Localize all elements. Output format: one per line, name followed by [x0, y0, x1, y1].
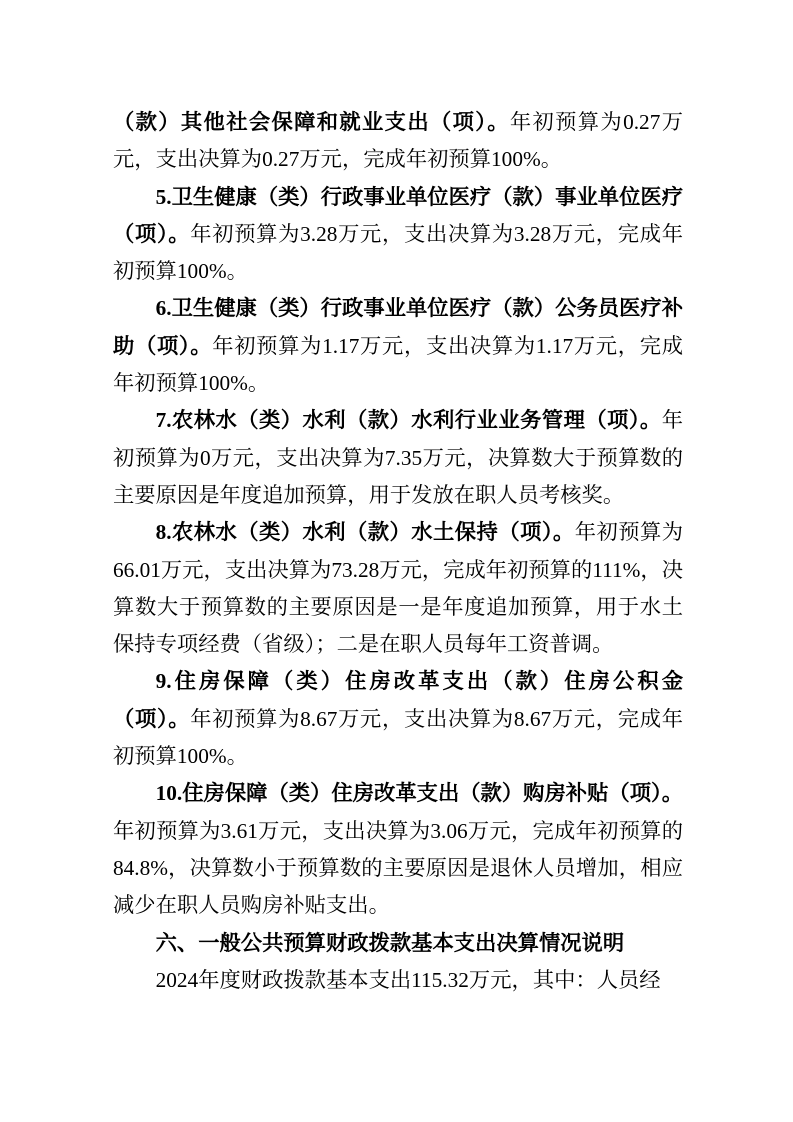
paragraph-text: 2024年度财政拨款基本支出115.32万元，其中：人员经 — [156, 968, 661, 992]
paragraph-text: 年初预算为3.61万元，支出决算为3.06万元，完成年初预算的84.8%，决算数… — [113, 819, 683, 918]
paragraph-item-10: 10.住房保障（类）住房改革支出（款）购房补贴（项）。年初预算为3.61万元，支… — [113, 775, 683, 924]
paragraph-text: 年初预算为8.67万元，支出决算为8.67万元，完成年初预算100%。 — [113, 707, 683, 768]
document-page: （款）其他社会保障和就业支出（项）。年初预算为0.27万元，支出决算为0.27万… — [0, 0, 793, 1122]
paragraph-item-4-continuation: （款）其他社会保障和就业支出（项）。年初预算为0.27万元，支出决算为0.27万… — [113, 104, 683, 179]
paragraph-lead: 7.农林水（类）水利（款）水利行业业务管理（项）。 — [156, 408, 662, 432]
paragraph-item-7: 7.农林水（类）水利（款）水利行业业务管理（项）。年初预算为0万元，支出决算为7… — [113, 402, 683, 514]
paragraph-closing: 2024年度财政拨款基本支出115.32万元，其中：人员经 — [113, 962, 683, 999]
paragraph-lead: 8.农林水（类）水利（款）水土保持（项）。 — [156, 520, 575, 544]
paragraph-lead: 10.住房保障（类）住房改革支出（款）购房补贴（项）。 — [156, 781, 683, 805]
paragraph-text: 年初预算为3.28万元，支出决算为3.28万元，完成年初预算100%。 — [113, 222, 683, 283]
paragraph-lead: （款）其他社会保障和就业支出（项）。 — [113, 110, 510, 134]
paragraph-item-6: 6.卫生健康（类）行政事业单位医疗（款）公务员医疗补助（项）。年初预算为1.17… — [113, 290, 683, 402]
page-content: （款）其他社会保障和就业支出（项）。年初预算为0.27万元，支出决算为0.27万… — [113, 104, 683, 999]
section-heading: 六、一般公共预算财政拨款基本支出决算情况说明 — [113, 925, 683, 962]
paragraph-item-8: 8.农林水（类）水利（款）水土保持（项）。年初预算为66.01万元，支出决算为7… — [113, 514, 683, 663]
paragraph-item-9: 9.住房保障（类）住房改革支出（款）住房公积金（项）。年初预算为8.67万元，支… — [113, 663, 683, 775]
paragraph-item-5: 5.卫生健康（类）行政事业单位医疗（款）事业单位医疗（项）。年初预算为3.28万… — [113, 179, 683, 291]
